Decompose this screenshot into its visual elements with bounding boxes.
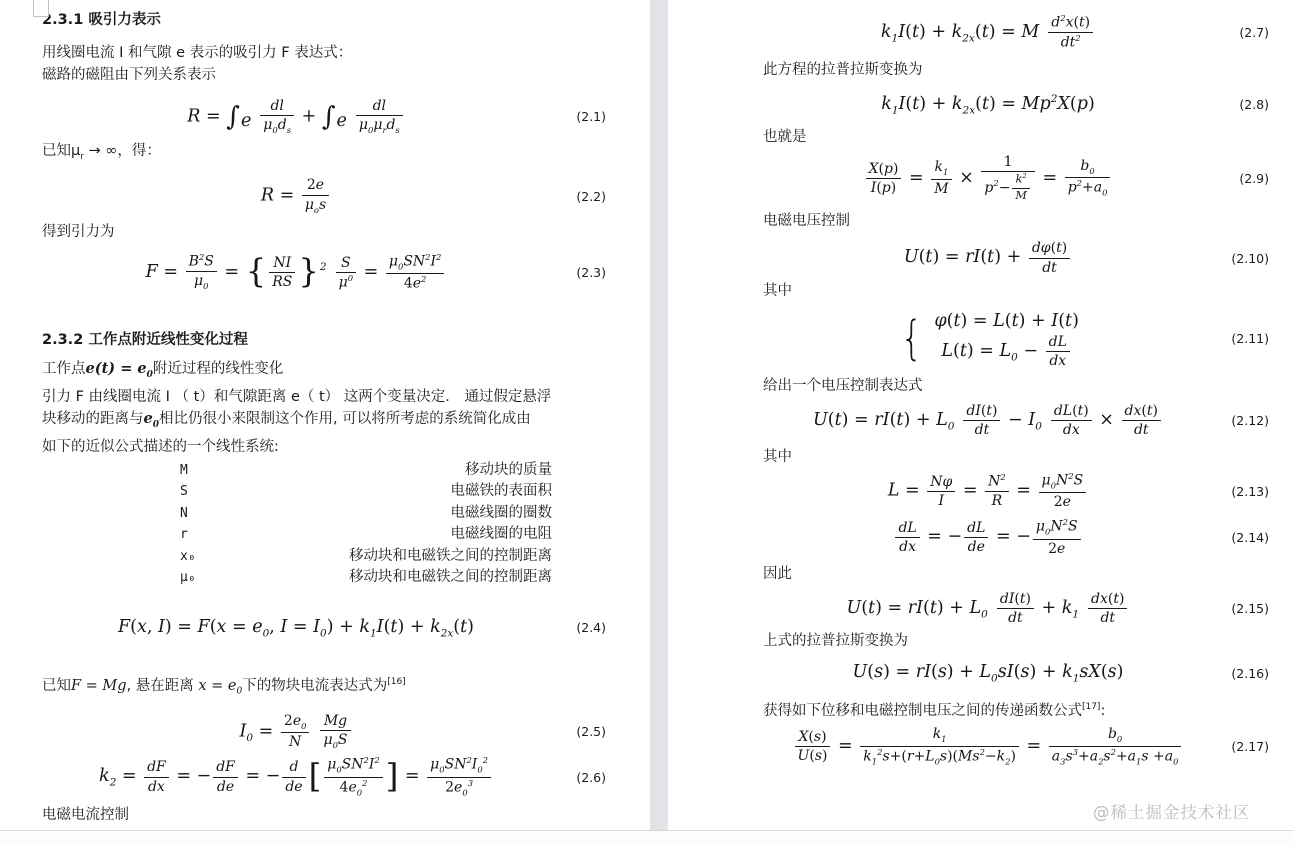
equation: k1I(t) + k2x(t) = Mp2X(p)	[763, 93, 1213, 116]
equation-row: F(x, I) = F(x = e0, I = I0) + k1I(t) + k…	[42, 617, 606, 640]
watermark: @稀土掘金技术社区	[1093, 799, 1251, 823]
paragraph: 此方程的拉普拉斯变换为	[763, 59, 1269, 81]
equation: X(s)U(s) = k1k12s+(r+L0s)(Ms2−k2) = b0a3…	[763, 726, 1213, 767]
symbol-description: 移动块和电磁铁之间的控制距离	[226, 567, 552, 589]
equation-number: (2.16)	[1213, 666, 1269, 681]
equation-number: (2.15)	[1213, 601, 1269, 616]
definition-row: M移动块的质量	[180, 460, 552, 482]
page-right: k1I(t) + k2x(t) = Md2x(t)dt2(2.7)此方程的拉普拉…	[668, 0, 1293, 830]
paragraph: 给出一个电压控制表达式	[763, 375, 1269, 397]
paragraph: 已知μr → ∞，得：	[42, 140, 606, 168]
equation: X(p)I(p) = k1M × 1p2−k2M = b0p2+a0	[763, 154, 1213, 203]
equation: L = NφI = N2R = μ0N2S2e	[763, 472, 1213, 510]
symbol: S	[180, 481, 226, 503]
equation-number: (2.3)	[550, 265, 606, 280]
symbol-definitions: M移动块的质量S电磁铁的表面积N电磁线圈的圈数r电磁线圈的电阻x₀移动块和电磁铁…	[42, 460, 606, 589]
equation-number: (2.5)	[550, 724, 606, 739]
equation: R = 2eμos	[42, 177, 550, 215]
equation-number: (2.1)	[550, 109, 606, 124]
section-heading: 2.3.2 工作点附近线性变化过程	[42, 330, 606, 350]
equation-row: {φ(t) = L(t) + I(t)L(t) = L0 − dLdx(2.11…	[763, 308, 1269, 369]
symbol-description: 电磁铁的表面积	[226, 481, 552, 503]
equation-number: (2.12)	[1213, 413, 1269, 428]
symbol-description: 电磁线圈的圈数	[226, 503, 552, 525]
paragraph: 得到引力为	[42, 221, 606, 243]
paragraph: 其中	[763, 280, 1269, 302]
paragraph: 电磁电压控制	[763, 210, 1269, 232]
definition-row: N电磁线圈的圈数	[180, 503, 552, 525]
equation-row: I0 = 2e0NMgμ0S(2.5)	[42, 713, 606, 751]
symbol-description: 移动块的质量	[226, 460, 552, 482]
equation-number: (2.8)	[1213, 97, 1269, 112]
equation-number: (2.7)	[1213, 25, 1269, 40]
equation-number: (2.9)	[1213, 171, 1269, 186]
equation: I0 = 2e0NMgμ0S	[42, 713, 550, 751]
equation-number: (2.2)	[550, 189, 606, 204]
equation: k2 = dFdx = −dFde = −dde[μ0SN2I24e02] = …	[42, 756, 550, 797]
equation-row: k1I(t) + k2x(t) = Md2x(t)dt2(2.7)	[763, 14, 1269, 51]
paragraph: 工作点e(t) = e0附近过程的线性变化	[42, 358, 606, 386]
symbol: N	[180, 503, 226, 525]
definition-row: r电磁线圈的电阻	[180, 524, 552, 546]
equation-row: L = NφI = N2R = μ0N2S2e(2.13)	[763, 472, 1269, 510]
equation: F = B2Sμ0 = {NIRS}2Sμ0 = μ0SN2I24e2	[42, 253, 550, 292]
paragraph: 其中	[763, 446, 1269, 468]
symbol-description: 移动块和电磁铁之间的控制距离	[226, 546, 552, 568]
paragraph: 用线圈电流 I 和气隙 e 表示的吸引力 F 表达式：	[42, 42, 606, 64]
bottom-strip	[0, 830, 1293, 845]
equation: R = ∫edlμ0ds + ∫edlμ0μrds	[42, 98, 550, 136]
paragraph: 获得如下位移和电磁控制电压之间的传递函数公式[17]:	[763, 696, 1269, 722]
equation: U(t) = rI(t) + dφ(t)dt	[763, 240, 1213, 275]
equation-row: k1I(t) + k2x(t) = Mp2X(p)(2.8)	[763, 93, 1269, 116]
equation-row: X(p)I(p) = k1M × 1p2−k2M = b0p2+a0(2.9)	[763, 154, 1269, 203]
equation-number: (2.6)	[550, 770, 606, 785]
equation-number: (2.10)	[1213, 251, 1269, 266]
equation: F(x, I) = F(x = e0, I = I0) + k1I(t) + k…	[42, 617, 550, 640]
definition-row: μ₀移动块和电磁铁之间的控制距离	[180, 567, 552, 589]
symbol: M	[180, 460, 226, 482]
equation-row: U(t) = rI(t) + L0dI(t)dt − I0dL(t)dx × d…	[763, 403, 1269, 438]
equation-number: (2.13)	[1213, 484, 1269, 499]
equation-row: R = 2eμos(2.2)	[42, 177, 606, 215]
equation-number: (2.11)	[1213, 331, 1269, 346]
equation: U(t) = rI(t) + L0dI(t)dt − I0dL(t)dx × d…	[763, 403, 1213, 438]
equation-row: U(t) = rI(t) + L0dI(t)dt + k1dx(t)dt(2.1…	[763, 591, 1269, 626]
symbol: x₀	[180, 546, 226, 568]
equation-number: (2.17)	[1213, 739, 1269, 754]
symbol-description: 电磁线圈的电阻	[226, 524, 552, 546]
paragraph: 引力 F 由线圈电流 I （ t）和气隙距离 e（ t） 这两个变量决定． 通过…	[42, 386, 606, 458]
paragraph: 磁路的磁阻由下列关系表示	[42, 64, 606, 86]
equation-number: (2.4)	[550, 620, 606, 635]
symbol: r	[180, 524, 226, 546]
equation: k1I(t) + k2x(t) = Md2x(t)dt2	[763, 14, 1213, 51]
paragraph: 也就是	[763, 126, 1269, 148]
equation-row: F = B2Sμ0 = {NIRS}2Sμ0 = μ0SN2I24e2(2.3)	[42, 253, 606, 292]
equation-row: dLdx = −dLde = −μ0N2S2e(2.14)	[763, 518, 1269, 556]
paragraph: 电磁电流控制	[42, 804, 606, 826]
equation-row: R = ∫edlμ0ds + ∫edlμ0μrds(2.1)	[42, 98, 606, 136]
page-corner-artifact	[33, 0, 49, 17]
equation: U(t) = rI(t) + L0dI(t)dt + k1dx(t)dt	[763, 591, 1213, 626]
equation-row: k2 = dFdx = −dFde = −dde[μ0SN2I24e02] = …	[42, 756, 606, 797]
definition-row: S电磁铁的表面积	[180, 481, 552, 503]
paragraph: 上式的拉普拉斯变换为	[763, 630, 1269, 652]
equation-row: X(s)U(s) = k1k12s+(r+L0s)(Ms2−k2) = b0a3…	[763, 726, 1269, 767]
paragraph: 已知F = Mg, 悬在距离 x = e0下的物块电流表达式为[16]	[42, 671, 606, 703]
definition-row: x₀移动块和电磁铁之间的控制距离	[180, 546, 552, 568]
paragraph: 因此	[763, 563, 1269, 585]
page-left: 2.3.1 吸引力表示用线圈电流 I 和气隙 e 表示的吸引力 F 表达式：磁路…	[0, 0, 650, 830]
equation: {φ(t) = L(t) + I(t)L(t) = L0 − dLdx	[763, 308, 1213, 369]
equation: U(s) = rI(s) + L0sI(s) + k1sX(s)	[763, 662, 1213, 685]
equation-number: (2.14)	[1213, 530, 1269, 545]
section-heading: 2.3.1 吸引力表示	[42, 10, 606, 30]
page-gap-divider	[650, 0, 668, 830]
equation-row: U(t) = rI(t) + dφ(t)dt(2.10)	[763, 240, 1269, 275]
symbol: μ₀	[180, 567, 226, 589]
equation: dLdx = −dLde = −μ0N2S2e	[763, 518, 1213, 556]
document-view: 2.3.1 吸引力表示用线圈电流 I 和气隙 e 表示的吸引力 F 表达式：磁路…	[0, 0, 1293, 845]
equation-row: U(s) = rI(s) + L0sI(s) + k1sX(s)(2.16)	[763, 662, 1269, 685]
